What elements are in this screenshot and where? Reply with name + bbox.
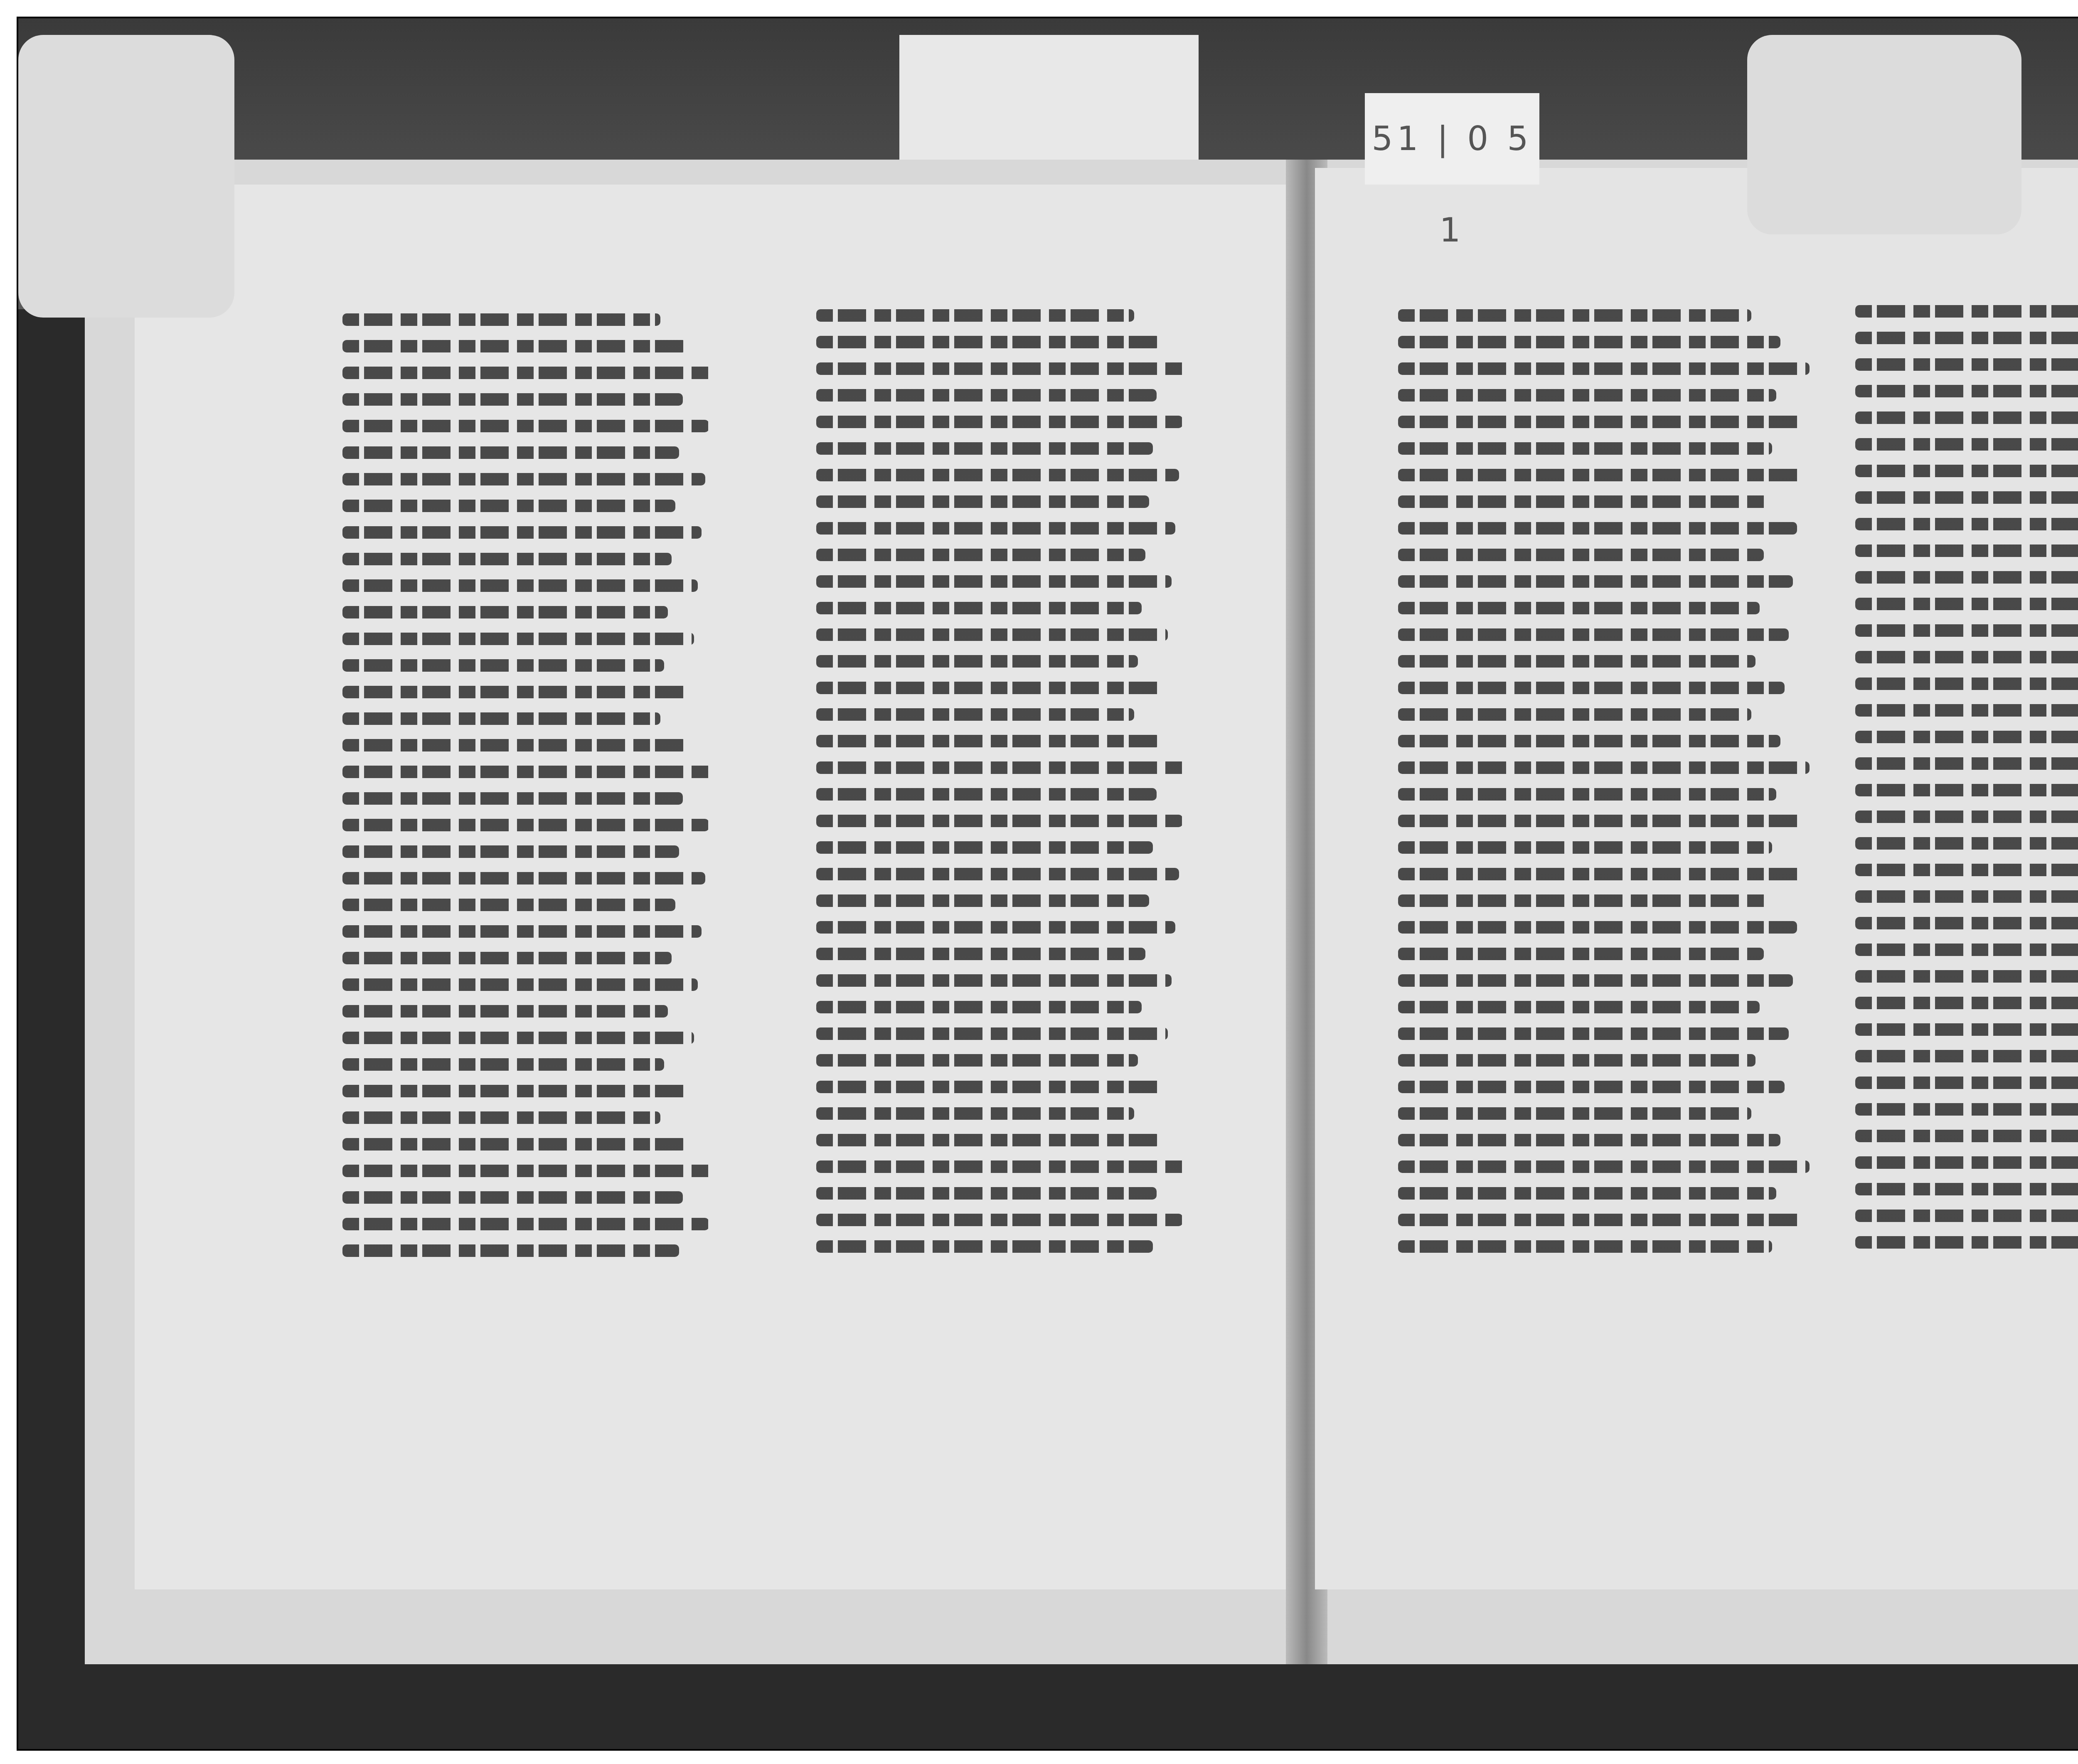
script-line: [1855, 1236, 2078, 1249]
script-line: [1855, 438, 2078, 451]
script-line: [816, 1160, 1187, 1173]
script-line: [1398, 1027, 1789, 1040]
script-line: [1398, 362, 1810, 375]
script-line: [816, 442, 1153, 455]
script-line: [1398, 416, 1805, 428]
script-line: [816, 469, 1179, 481]
script-line: [1855, 731, 2078, 743]
text-column-right-2: [1855, 305, 2078, 1263]
script-line: [816, 522, 1175, 535]
script-line: [1398, 495, 1768, 508]
script-line: [816, 602, 1142, 614]
script-line: [1855, 890, 2078, 903]
script-line: [816, 682, 1164, 694]
left-hand: [18, 35, 234, 318]
script-line: [1398, 1240, 1772, 1253]
script-line: [1398, 1054, 1755, 1067]
script-line: [1398, 1160, 1810, 1173]
script-line: [342, 367, 713, 379]
open-manuscript: [85, 160, 2078, 1664]
script-line: [1855, 1183, 2078, 1195]
script-line: [1398, 389, 1776, 402]
script-line: [816, 788, 1157, 801]
script-line: [342, 952, 672, 964]
script-line: [342, 1191, 683, 1204]
script-line: [816, 549, 1145, 561]
script-line: [1855, 837, 2078, 850]
script-line: [1855, 757, 2078, 770]
script-line: [1398, 974, 1793, 987]
text-column-right-1: [1398, 309, 1814, 1267]
script-line: [1855, 571, 2078, 584]
script-line: [816, 761, 1187, 774]
photo-frame: 51 | 0 5 1: [17, 17, 2078, 1751]
script-line: [1855, 1210, 2078, 1222]
script-line: [342, 633, 694, 645]
script-line: [816, 1107, 1134, 1120]
script-line: [1398, 1081, 1785, 1093]
script-line: [1855, 411, 2078, 424]
script-line: [816, 974, 1172, 987]
script-line: [816, 336, 1160, 348]
script-line: [342, 579, 698, 592]
script-line: [816, 362, 1187, 375]
script-line: [342, 1005, 668, 1018]
script-line: [342, 606, 668, 618]
script-line: [816, 655, 1138, 668]
script-line: [1398, 921, 1797, 934]
script-line: [1855, 305, 2078, 318]
text-column-left-2: [816, 309, 1190, 1267]
text-column-left-1: [342, 313, 716, 1271]
script-line: [1855, 944, 2078, 956]
script-line: [342, 446, 679, 459]
script-line: [1398, 868, 1801, 880]
script-line: [342, 313, 660, 326]
script-line: [816, 1214, 1183, 1226]
script-line: [342, 1085, 690, 1097]
script-line: [342, 1244, 679, 1257]
script-line: [342, 899, 675, 911]
script-line: [342, 1218, 709, 1230]
script-line: [1855, 917, 2078, 929]
script-line: [1855, 544, 2078, 557]
script-line: [1398, 628, 1789, 641]
script-line: [816, 1054, 1138, 1067]
script-line: [1855, 465, 2078, 477]
script-line: [342, 1138, 687, 1151]
script-line: [816, 921, 1175, 934]
script-line: [1855, 678, 2078, 690]
script-line: [816, 815, 1183, 827]
script-line: [1855, 624, 2078, 637]
script-line: [342, 766, 713, 778]
script-line: [1398, 309, 1751, 322]
script-line: [1855, 1130, 2078, 1142]
script-line: [342, 393, 683, 406]
script-line: [816, 948, 1145, 960]
script-line: [1855, 332, 2078, 344]
script-line: [816, 1187, 1157, 1200]
script-line: [342, 978, 698, 991]
script-line: [1398, 788, 1776, 801]
script-line: [342, 659, 664, 672]
script-line: [816, 495, 1149, 508]
script-line: [816, 1027, 1168, 1040]
script-line: [1398, 602, 1760, 614]
script-line: [816, 628, 1168, 641]
label-slip: 51 | 0 5 1: [1365, 93, 1539, 185]
script-line: [342, 1111, 660, 1124]
script-line: [1398, 735, 1780, 747]
script-line: [1855, 1156, 2078, 1169]
script-line: [816, 841, 1153, 854]
script-line: [1855, 1103, 2078, 1116]
script-line: [342, 473, 705, 485]
script-line: [816, 1240, 1153, 1253]
script-line: [816, 389, 1157, 402]
script-line: [342, 1165, 713, 1177]
script-line: [816, 868, 1179, 880]
script-line: [1855, 385, 2078, 397]
script-line: [1398, 1107, 1751, 1120]
script-line: [342, 500, 675, 512]
script-line: [816, 1081, 1164, 1093]
script-line: [1855, 1023, 2078, 1036]
script-line: [1855, 518, 2078, 530]
script-line: [342, 553, 672, 565]
script-line: [816, 735, 1160, 747]
script-line: [816, 894, 1149, 907]
script-line: [342, 872, 705, 884]
script-line: [1855, 651, 2078, 663]
script-line: [342, 712, 660, 725]
script-line: [1398, 948, 1764, 960]
script-line: [342, 1032, 694, 1044]
script-line: [1398, 575, 1793, 588]
script-line: [1398, 1001, 1760, 1013]
script-line: [816, 708, 1134, 721]
left-page: [135, 185, 1298, 1589]
script-line: [1855, 970, 2078, 983]
script-line: [342, 925, 702, 938]
script-line: [816, 416, 1183, 428]
script-line: [342, 340, 687, 352]
script-line: [1398, 894, 1768, 907]
script-line: [1398, 522, 1797, 535]
script-line: [816, 1001, 1142, 1013]
script-line: [1398, 1214, 1805, 1226]
script-line: [1855, 864, 2078, 876]
script-line: [1398, 655, 1755, 668]
script-line: [1855, 784, 2078, 796]
script-line: [1855, 358, 2078, 371]
script-line: [342, 1058, 664, 1071]
script-line: [816, 575, 1172, 588]
script-line: [342, 420, 709, 432]
script-line: [1398, 469, 1801, 481]
right-hand: [1747, 35, 2021, 234]
script-line: [342, 739, 687, 751]
right-page: [1315, 168, 2078, 1589]
script-line: [1855, 997, 2078, 1009]
script-line: [1398, 841, 1772, 854]
script-line: [1398, 1187, 1776, 1200]
script-line: [1398, 708, 1751, 721]
script-line: [1398, 549, 1764, 561]
paper-tag: [899, 35, 1199, 176]
script-line: [342, 792, 683, 805]
script-line: [1398, 761, 1810, 774]
script-line: [1855, 598, 2078, 610]
script-line: [1398, 336, 1780, 348]
script-line: [1855, 491, 2078, 504]
script-line: [1398, 1134, 1780, 1146]
script-line: [1855, 1077, 2078, 1089]
script-line: [342, 845, 679, 858]
script-line: [816, 1134, 1160, 1146]
script-line: [1398, 682, 1785, 694]
script-line: [342, 686, 690, 698]
script-line: [1855, 811, 2078, 823]
script-line: [816, 309, 1134, 322]
script-line: [1398, 815, 1805, 827]
script-line: [1855, 704, 2078, 717]
script-line: [1398, 442, 1772, 455]
script-line: [342, 526, 702, 539]
script-line: [342, 819, 709, 831]
script-line: [1855, 1050, 2078, 1062]
